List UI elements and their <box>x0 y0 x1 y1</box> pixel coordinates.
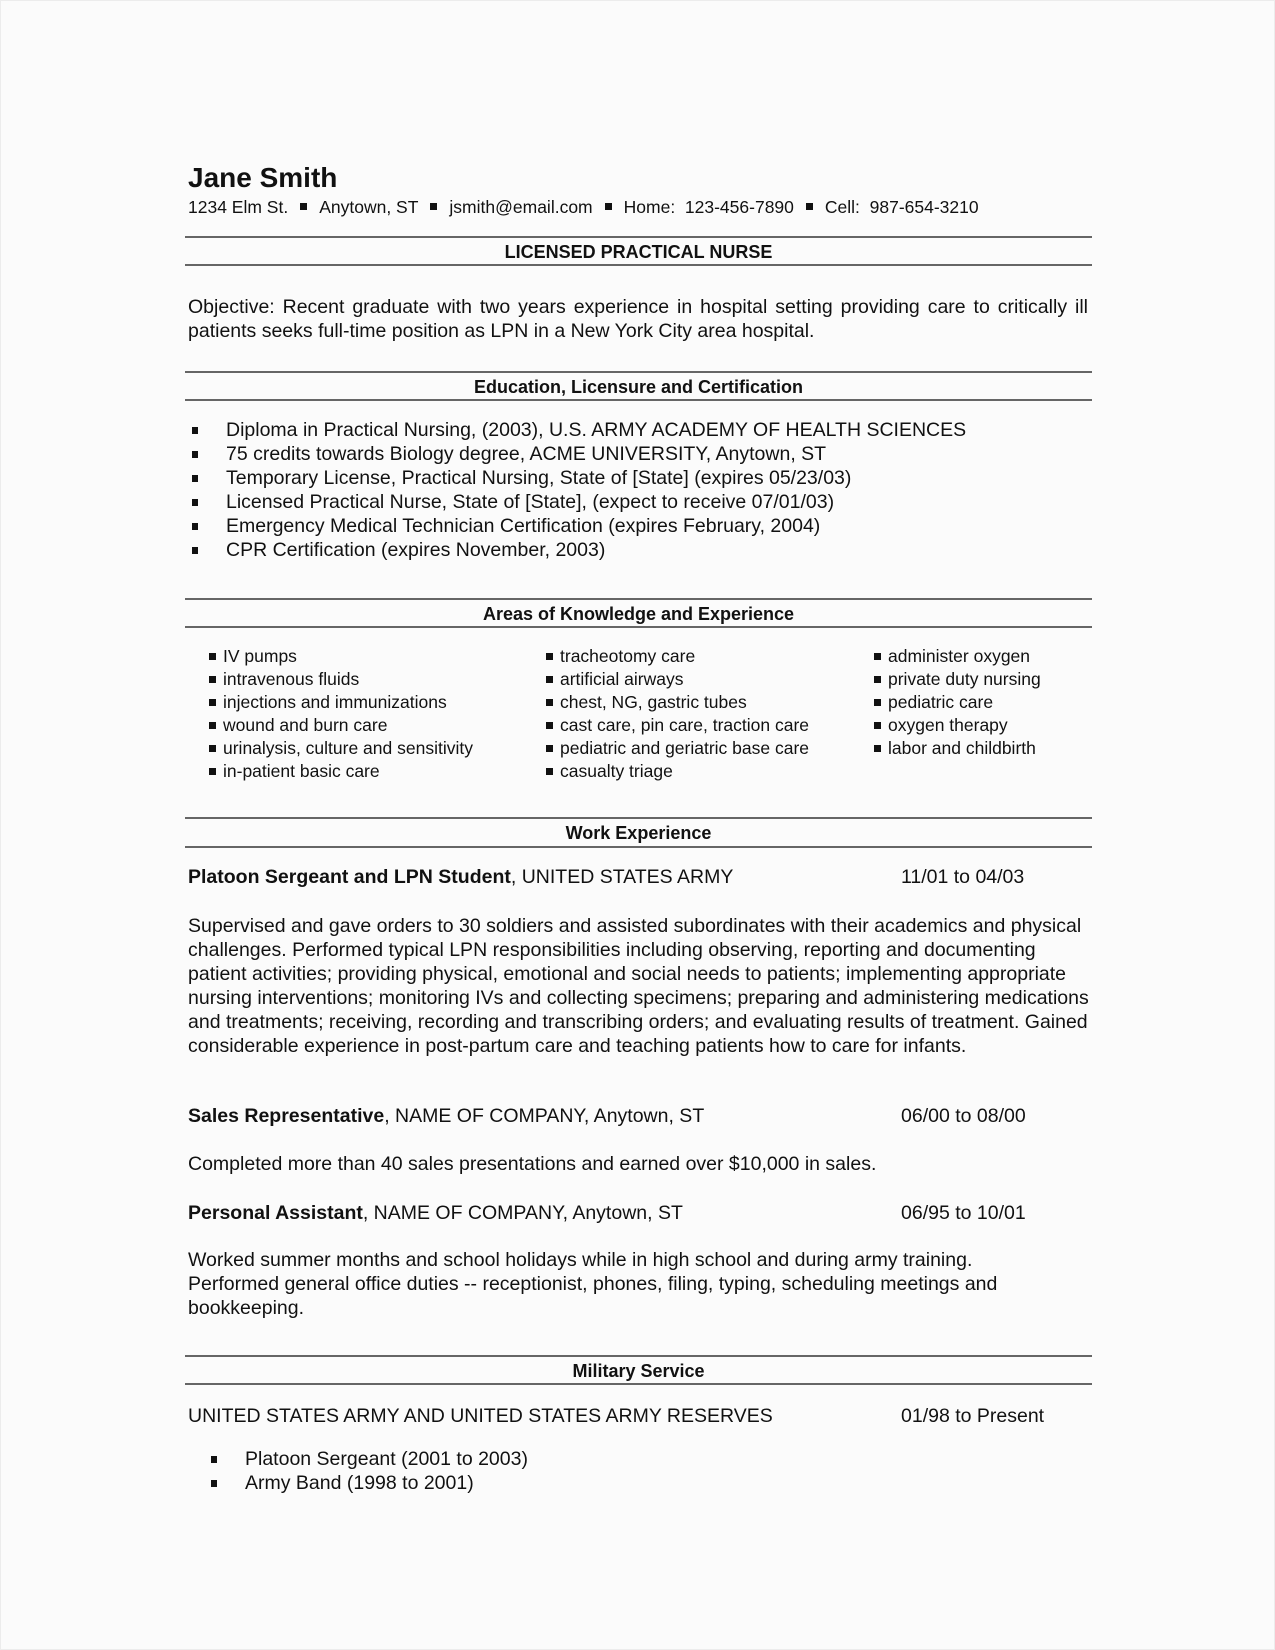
military-list: Platoon Sergeant (2001 to 2003) Army Ban… <box>207 1447 528 1495</box>
list-item: injections and immunizations <box>209 691 546 714</box>
job-description: Supervised and gave orders to 30 soldier… <box>188 914 1093 1058</box>
list-item: artificial airways <box>546 668 874 691</box>
list-item: Platoon Sergeant (2001 to 2003) <box>207 1447 528 1471</box>
education-list: Diploma in Practical Nursing, (2003), U.… <box>188 418 966 562</box>
list-item: chest, NG, gastric tubes <box>546 691 874 714</box>
address: 1234 Elm St. <box>188 197 288 217</box>
square-bullet-icon <box>211 1480 217 1487</box>
job-description: Worked summer months and school holidays… <box>188 1248 1068 1320</box>
square-bullet-icon <box>209 745 216 752</box>
knowledge-column-1: IV pumps intravenous fluids injections a… <box>209 645 546 783</box>
list-item: Army Band (1998 to 2001) <box>207 1471 528 1495</box>
square-bullet-icon <box>874 699 881 706</box>
knowledge-grid: IV pumps intravenous fluids injections a… <box>209 645 1089 783</box>
square-bullet-icon <box>546 699 553 706</box>
job-description: Completed more than 40 sales presentatio… <box>188 1152 1088 1176</box>
square-bullet-icon <box>546 653 553 660</box>
square-bullet-icon <box>546 745 553 752</box>
job-dates: 06/00 to 08/00 <box>901 1104 1026 1128</box>
square-bullet-icon <box>605 203 612 210</box>
list-item: tracheotomy care <box>546 645 874 668</box>
job-title: Personal Assistant <box>188 1202 363 1224</box>
divider <box>185 399 1092 401</box>
cell-phone: Cell: 987-654-3210 <box>825 197 979 217</box>
square-bullet-icon <box>806 203 813 210</box>
square-bullet-icon <box>209 722 216 729</box>
job-title-heading: LICENSED PRACTICAL NURSE <box>185 241 1092 263</box>
list-item: CPR Certification (expires November, 200… <box>188 538 966 562</box>
list-item: administer oxygen <box>874 645 1041 668</box>
section-heading-military: Military Service <box>185 1360 1092 1382</box>
section-heading-knowledge: Areas of Knowledge and Experience <box>185 603 1092 625</box>
job-org: , NAME OF COMPANY, Anytown, ST <box>384 1105 704 1127</box>
job-dates: 11/01 to 04/03 <box>901 865 1024 889</box>
list-item: Temporary License, Practical Nursing, St… <box>188 466 966 490</box>
square-bullet-icon <box>192 451 198 458</box>
list-item: pediatric and geriatric base care <box>546 737 874 760</box>
divider <box>185 1383 1092 1385</box>
square-bullet-icon <box>546 768 553 775</box>
list-item: Diploma in Practical Nursing, (2003), U.… <box>188 418 966 442</box>
list-item: Emergency Medical Technician Certificati… <box>188 514 966 538</box>
job-header: Personal Assistant, NAME OF COMPANY, Any… <box>188 1201 1098 1225</box>
square-bullet-icon <box>209 699 216 706</box>
job-title: Sales Representative <box>188 1105 384 1127</box>
military-header: UNITED STATES ARMY AND UNITED STATES ARM… <box>188 1404 1098 1428</box>
knowledge-column-3: administer oxygen private duty nursing p… <box>874 645 1041 783</box>
military-org: UNITED STATES ARMY AND UNITED STATES ARM… <box>188 1405 773 1427</box>
city-state: Anytown, ST <box>319 197 418 217</box>
job-header: Sales Representative, NAME OF COMPANY, A… <box>188 1104 1098 1128</box>
military-dates: 01/98 to Present <box>901 1404 1044 1428</box>
list-item: pediatric care <box>874 691 1041 714</box>
square-bullet-icon <box>192 547 198 554</box>
job-title: Platoon Sergeant and LPN Student <box>188 866 511 888</box>
list-item: casualty triage <box>546 760 874 783</box>
list-item: intravenous fluids <box>209 668 546 691</box>
square-bullet-icon <box>211 1456 217 1463</box>
square-bullet-icon <box>192 427 198 434</box>
divider <box>185 626 1092 628</box>
square-bullet-icon <box>546 676 553 683</box>
square-bullet-icon <box>192 475 198 482</box>
square-bullet-icon <box>874 722 881 729</box>
square-bullet-icon <box>209 653 216 660</box>
job-org: , NAME OF COMPANY, Anytown, ST <box>363 1202 683 1224</box>
square-bullet-icon <box>209 768 216 775</box>
list-item: oxygen therapy <box>874 714 1041 737</box>
list-item: Licensed Practical Nurse, State of [Stat… <box>188 490 966 514</box>
divider <box>185 1355 1092 1357</box>
list-item: in-patient basic care <box>209 760 546 783</box>
contact-line: 1234 Elm St.Anytown, STjsmith@email.comH… <box>188 196 979 218</box>
job-org: , UNITED STATES ARMY <box>511 866 733 888</box>
square-bullet-icon <box>874 745 881 752</box>
square-bullet-icon <box>874 676 881 683</box>
list-item: private duty nursing <box>874 668 1041 691</box>
square-bullet-icon <box>874 653 881 660</box>
job-dates: 06/95 to 10/01 <box>901 1201 1026 1225</box>
home-phone: Home: 123-456-7890 <box>624 197 794 217</box>
email-link[interactable]: jsmith@email.com <box>449 197 592 217</box>
list-item: labor and childbirth <box>874 737 1041 760</box>
section-heading-work: Work Experience <box>185 822 1092 844</box>
list-item: 75 credits towards Biology degree, ACME … <box>188 442 966 466</box>
square-bullet-icon <box>192 499 198 506</box>
candidate-name: Jane Smith <box>188 162 337 194</box>
job-header: Platoon Sergeant and LPN Student, UNITED… <box>188 865 1098 889</box>
divider <box>185 236 1092 238</box>
divider <box>185 264 1092 266</box>
list-item: cast care, pin care, traction care <box>546 714 874 737</box>
list-item: IV pumps <box>209 645 546 668</box>
knowledge-column-2: tracheotomy care artificial airways ches… <box>546 645 874 783</box>
divider <box>185 817 1092 819</box>
divider <box>185 598 1092 600</box>
section-heading-education: Education, Licensure and Certification <box>185 376 1092 398</box>
objective-text: Objective: Recent graduate with two year… <box>188 295 1088 343</box>
list-item: wound and burn care <box>209 714 546 737</box>
list-item: urinalysis, culture and sensitivity <box>209 737 546 760</box>
divider <box>185 371 1092 373</box>
square-bullet-icon <box>546 722 553 729</box>
square-bullet-icon <box>209 676 216 683</box>
square-bullet-icon <box>192 523 198 530</box>
square-bullet-icon <box>430 203 437 210</box>
divider <box>185 846 1092 848</box>
square-bullet-icon <box>300 203 307 210</box>
